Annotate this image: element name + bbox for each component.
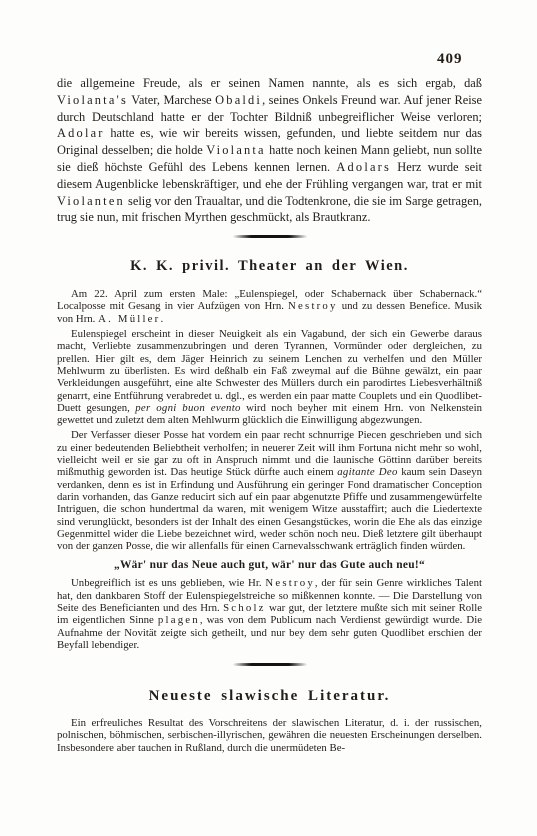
verse-quote: „Wär' nur das Neue auch gut, wär' nur da… — [57, 559, 482, 572]
section-divider-rule — [233, 663, 307, 666]
review-paragraph-critique: Der Verfasser dieser Posse hat vordem ei… — [57, 429, 482, 552]
premiere-announcement-paragraph: Am 22. April zum ersten Male: „Eulenspie… — [57, 288, 482, 325]
review-paragraph-closing: Unbegreiflich ist es uns geblieben, wie … — [57, 577, 482, 651]
theater-section-title: K. K. privil. Theater an der Wien. — [57, 258, 482, 275]
section-divider-rule — [233, 235, 307, 238]
literature-section-title: Neueste slawische Literatur. — [57, 688, 482, 705]
literature-opening-paragraph: Ein erfreuliches Resultat des Vorschreit… — [57, 717, 482, 754]
novella-ending-paragraph: die allgemeine Freude, als er seinen Nam… — [57, 75, 482, 226]
page-number: 409 — [437, 51, 463, 68]
scanned-book-page: 409 die allgemeine Freude, als er seinen… — [0, 0, 537, 836]
review-paragraph-plot: Eulenspiegel erscheint in dieser Neuigke… — [57, 328, 482, 426]
page-content: die allgemeine Freude, als er seinen Nam… — [57, 75, 482, 754]
